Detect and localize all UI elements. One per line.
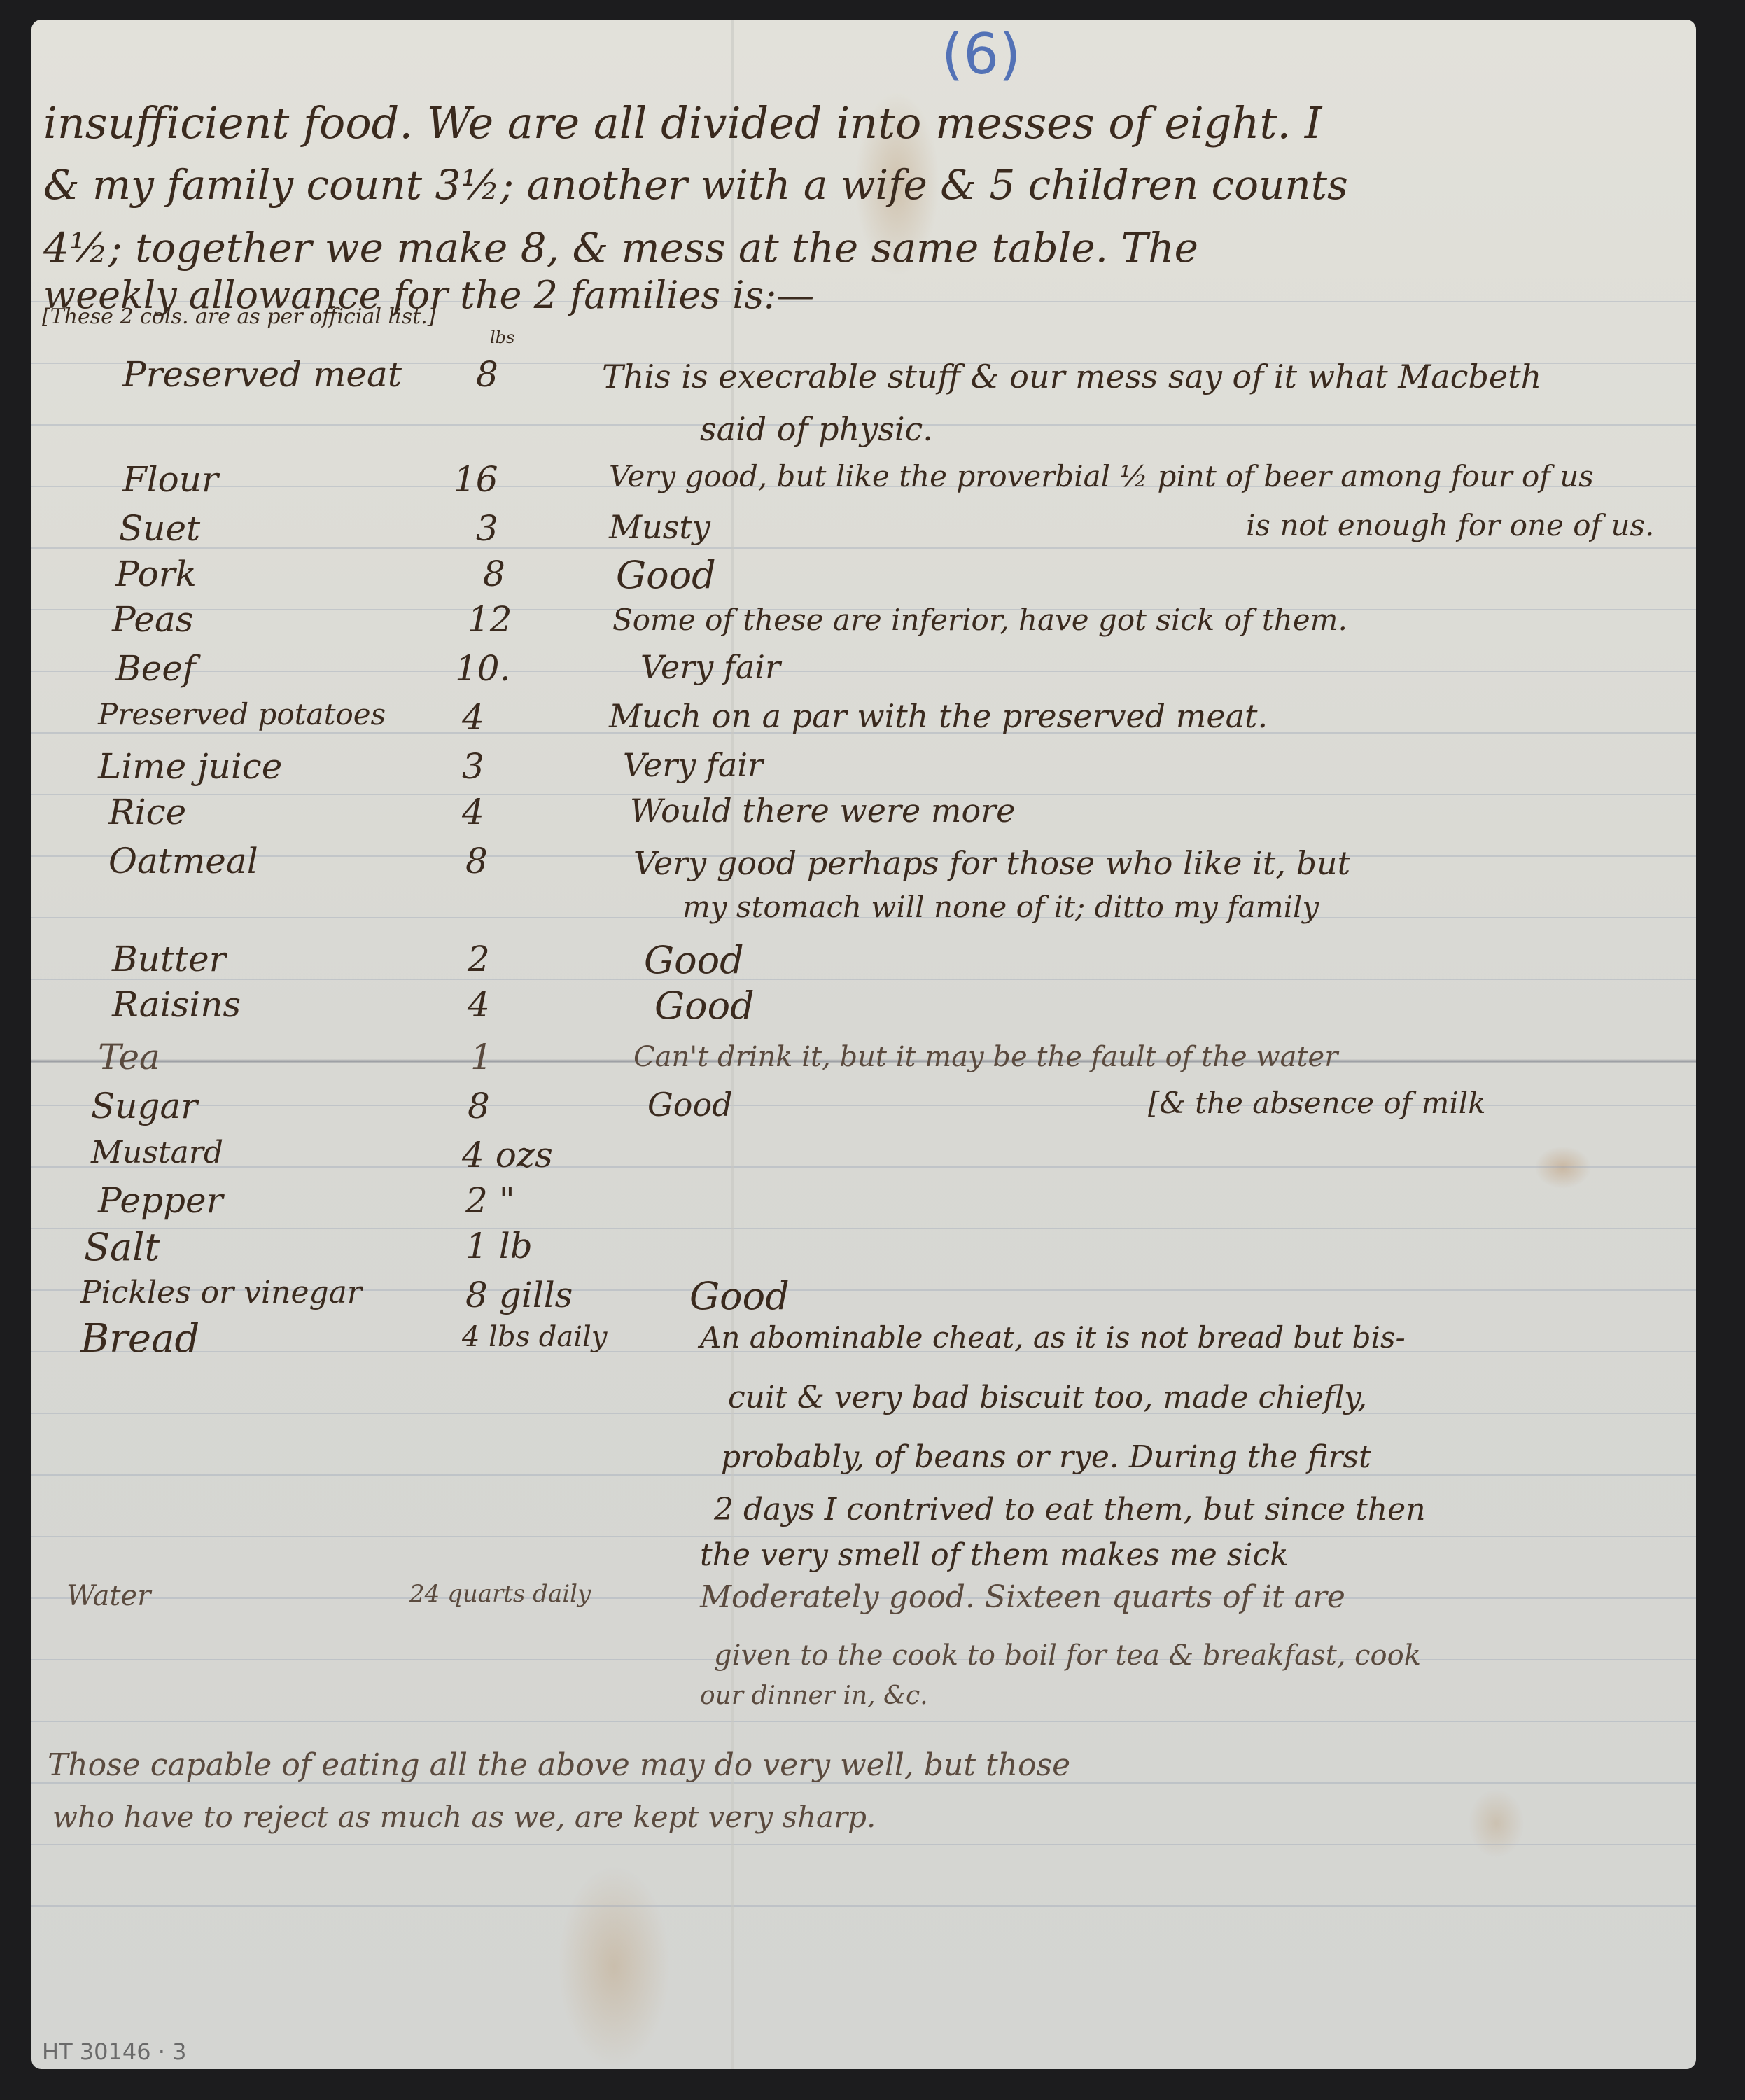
item-raisins: Raisins (112, 987, 241, 1022)
comment-bread-4: 2 days I contrived to eat them, but sinc… (714, 1494, 1426, 1525)
comment-raisins: Good (654, 987, 755, 1025)
ruled-line (31, 671, 1696, 672)
item-pickles-or-vinegar: Pickles or vinegar (80, 1277, 362, 1308)
item-oatmeal: Oatmeal (108, 843, 258, 878)
comment-preserved-potatoes: Much on a par with the preserved meat. (609, 700, 1268, 732)
qty-raisins: 4 (468, 987, 490, 1022)
qty-tea: 1 (470, 1039, 493, 1074)
qty-rice: 4 (462, 794, 484, 829)
unit-header: lbs (490, 329, 514, 346)
comment-oatmeal-2: my stomach will none of it; ditto my fam… (682, 892, 1319, 922)
qty-mustard: 4 ozs (462, 1137, 553, 1172)
ruled-line (31, 1905, 1696, 1907)
qty-oatmeal: 8 (465, 843, 488, 878)
comment-oatmeal-1: Very good perhaps for those who like it,… (633, 847, 1350, 879)
comment-butter: Good (644, 941, 744, 979)
ruled-line (31, 1844, 1696, 1845)
item-rice: Rice (108, 794, 186, 829)
catalog-number: HT 30146 · 3 (42, 2038, 186, 2065)
qty-sugar: 8 (468, 1088, 490, 1123)
qty-preserved-meat: 8 (476, 357, 498, 392)
qty-suet: 3 (476, 511, 498, 546)
qty-salt: 1 lb (465, 1228, 533, 1263)
comment-flour-2: is not enough for one of us. (1246, 511, 1654, 540)
qty-butter: 2 (468, 941, 490, 976)
comment-bread-1: An abominable cheat, as it is not bread … (700, 1323, 1406, 1352)
ruled-line (31, 1721, 1696, 1722)
item-preserved-potatoes: Preserved potatoes (98, 700, 386, 729)
item-water: Water (66, 1582, 150, 1610)
qty-pepper: 2 " (465, 1183, 515, 1218)
qty-peas: 12 (468, 602, 512, 637)
comment-pork: Good (616, 556, 716, 594)
qty-pickles-or-vinegar: 8 gills (465, 1277, 573, 1312)
comment-water-2: given to the cook to boil for tea & brea… (714, 1641, 1421, 1669)
comment-pickles-or-vinegar: Good (689, 1277, 790, 1315)
comment-sugar: Good (647, 1088, 733, 1121)
item-preserved-meat: Preserved meat (122, 357, 402, 392)
closing-line-2: who have to reject as much as we, are ke… (52, 1802, 876, 1832)
intro-line-3: 4½; together we make 8, & mess at the sa… (43, 227, 1198, 268)
comment-suet: Musty (609, 511, 710, 543)
intro-line-1: insufficient food. We are all divided in… (43, 101, 1322, 145)
item-lime-juice: Lime juice (98, 749, 282, 784)
closing-line-1: Those capable of eating all the above ma… (48, 1750, 1070, 1781)
comment-bread-2: cuit & very bad biscuit too, made chiefl… (728, 1382, 1367, 1413)
qty-pork: 8 (483, 556, 505, 591)
qty-preserved-potatoes: 4 (462, 700, 484, 735)
comment-water-3: our dinner in, &c. (700, 1683, 928, 1709)
comment-tea-2: [& the absence of milk (1148, 1088, 1486, 1118)
qty-water: 24 quarts daily (409, 1582, 591, 1606)
item-sugar: Sugar (91, 1088, 197, 1123)
comment-lime-juice: Very fair (623, 749, 763, 781)
page-number-mark: (6) (941, 27, 1021, 83)
comment-tea-1: Can't drink it, but it may be the fault … (633, 1043, 1338, 1071)
ruled-line (31, 547, 1696, 549)
comment-bread-5: the very smell of them makes me sick (700, 1540, 1289, 1571)
qty-lime-juice: 3 (462, 749, 484, 784)
comment-bread-3: probably, of beans or rye. During the fi… (721, 1442, 1371, 1473)
item-butter: Butter (112, 941, 226, 976)
ruled-line (31, 1166, 1696, 1168)
comment-flour-1: Very good, but like the proverbial ½ pin… (609, 462, 1594, 491)
comment-beef: Very fair (640, 651, 780, 683)
item-salt: Salt (84, 1228, 160, 1266)
item-mustard: Mustard (91, 1137, 223, 1168)
item-pepper: Pepper (98, 1183, 223, 1218)
item-flour: Flour (122, 462, 218, 497)
item-tea: Tea (98, 1039, 160, 1074)
qty-flour: 16 (454, 462, 498, 497)
comment-rice: Would there were more (630, 794, 1015, 827)
comment-peas: Some of these are inferior, have got sic… (612, 605, 1347, 635)
comment-preserved-meat-1: This is execrable stuff & our mess say o… (602, 360, 1541, 393)
bracket-note: [These 2 cols. are as per official list.… (42, 307, 435, 328)
comment-water-1: Moderately good. Sixteen quarts of it ar… (700, 1582, 1345, 1613)
comment-preserved-meat-2: said of physic. (700, 413, 933, 445)
qty-beef: 10. (455, 651, 511, 686)
item-bread: Bread (80, 1319, 199, 1359)
ruled-line (31, 979, 1696, 980)
item-peas: Peas (112, 602, 193, 637)
ruled-line (31, 1228, 1696, 1229)
item-pork: Pork (115, 556, 197, 591)
item-suet: Suet (119, 511, 200, 546)
intro-line-2: & my family count 3½; another with a wif… (43, 164, 1348, 205)
item-beef: Beef (115, 651, 195, 686)
qty-bread: 4 lbs daily (462, 1323, 607, 1351)
